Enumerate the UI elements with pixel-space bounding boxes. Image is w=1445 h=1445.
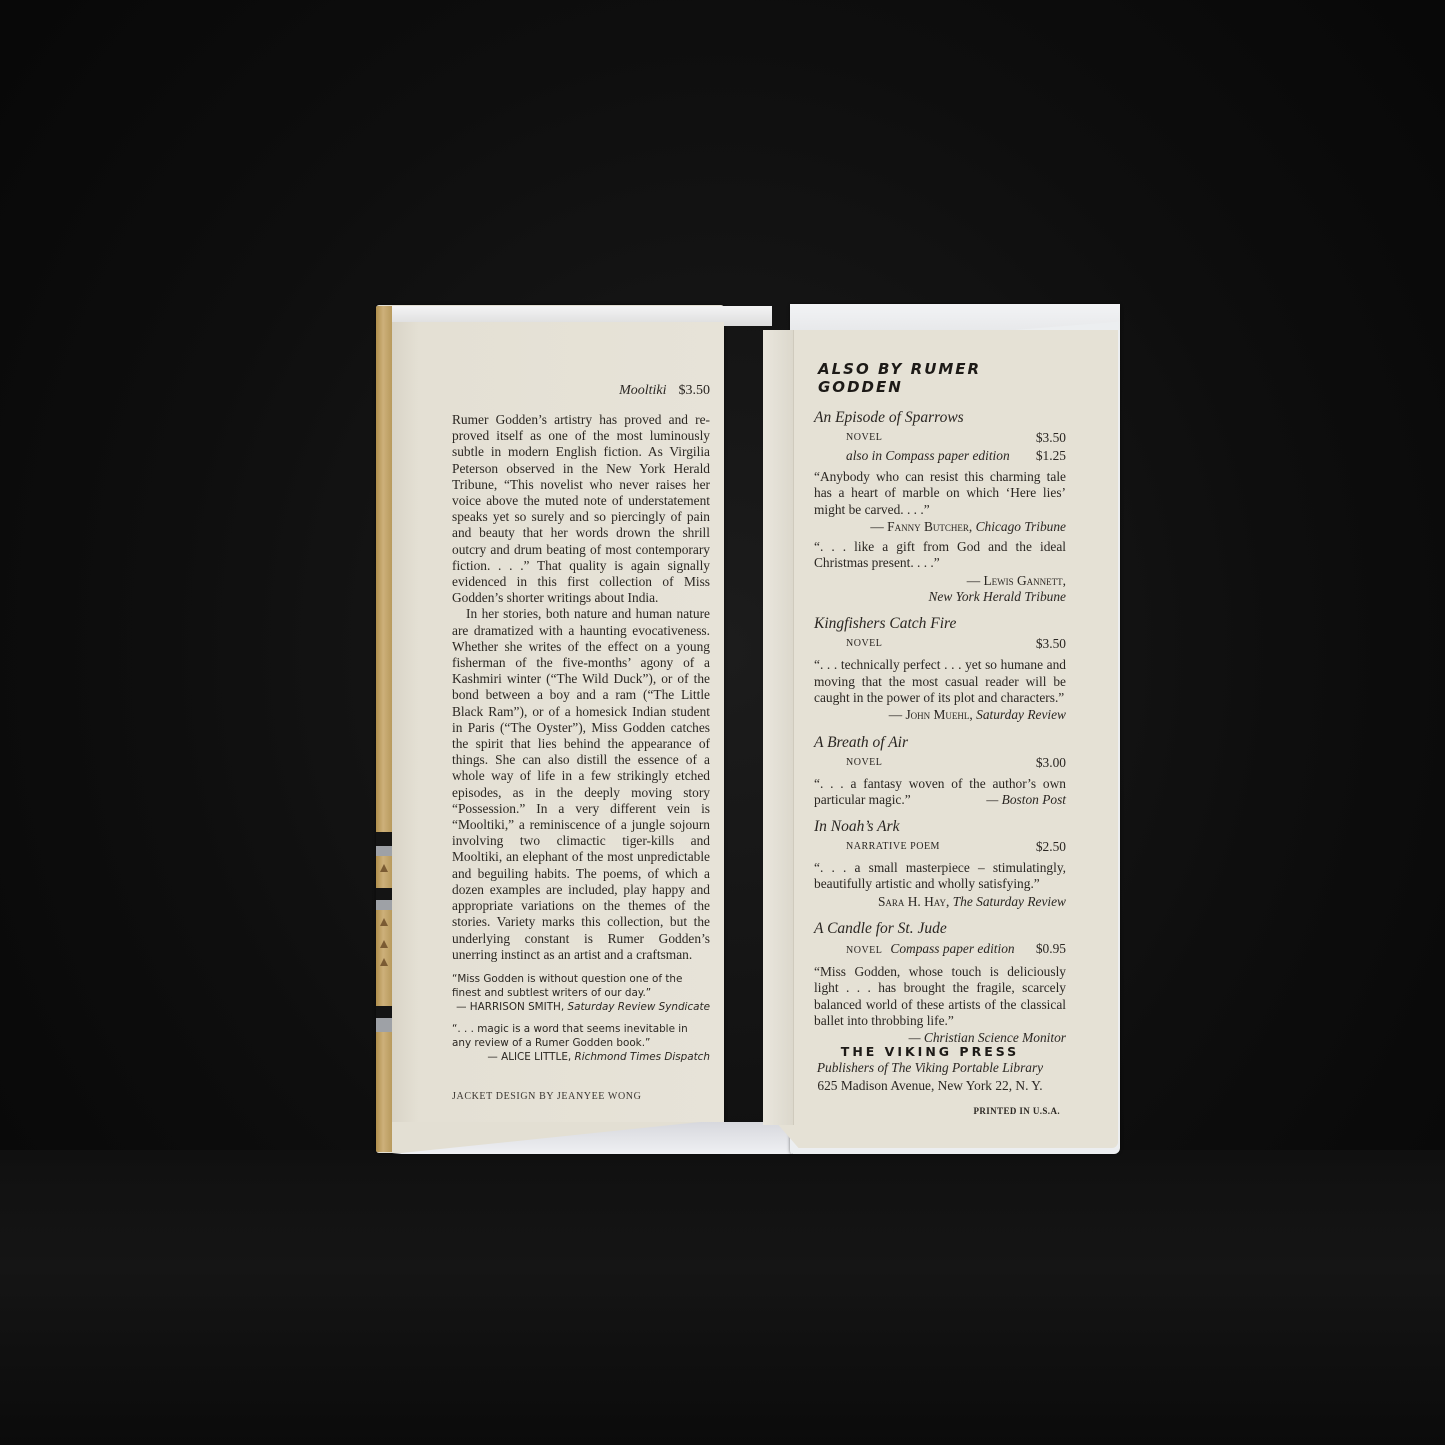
flap-blurb: Rumer Godden’s artistry has proved and r… xyxy=(452,412,710,963)
edition-row: NovelCompass paper edition $0.95 xyxy=(814,940,1066,960)
book-title: In Noah’s Ark xyxy=(814,817,1066,837)
spine-edge xyxy=(376,306,392,1152)
spine-band xyxy=(376,832,392,846)
book-title: A Breath of Air xyxy=(814,733,1066,753)
edition-kind: also in Compass paper edition xyxy=(846,447,1010,465)
edition-row: Narrative poem $2.50 xyxy=(814,838,1066,856)
also-by-list: ALSO BY RUMER GODDEN An Episode of Sparr… xyxy=(814,360,1066,1056)
review-text: “Anybody who can resist this charming ta… xyxy=(814,469,1066,518)
review-author: — Lewis Gannett, xyxy=(967,573,1066,588)
book-entry: An Episode of Sparrows Novel $3.50 also … xyxy=(814,408,1066,605)
edition-price: $1.25 xyxy=(1036,447,1066,465)
quote-attribution: — HARRISON SMITH, Saturday Review Syndic… xyxy=(452,1000,710,1014)
edition-price: $3.50 xyxy=(1036,429,1066,447)
quote-author: — HARRISON SMITH, xyxy=(456,1001,564,1013)
spine-band xyxy=(376,1006,392,1018)
edition-kind: Novel xyxy=(846,754,882,772)
review-text: “Miss Godden, whose touch is deliciously… xyxy=(814,964,1066,1029)
review-author: — Fanny Butcher, xyxy=(870,519,972,534)
review-source: Chicago Tribune xyxy=(976,519,1066,534)
edition-price: $3.50 xyxy=(1036,635,1066,653)
blurb-paragraph: Rumer Godden’s artistry has proved and r… xyxy=(452,412,710,606)
book-title: Mooltiki xyxy=(619,383,666,398)
quote-author: — ALICE LITTLE, xyxy=(487,1051,571,1063)
review-text: “. . . like a gift from God and the idea… xyxy=(814,539,1066,572)
edition-price: $2.50 xyxy=(1036,838,1066,856)
spine-band xyxy=(376,888,392,900)
quote-attribution: — ALICE LITTLE, Richmond Times Dispatch xyxy=(452,1050,710,1064)
spine-band xyxy=(376,900,392,910)
quote-text: “. . . magic is a word that seems inevit… xyxy=(452,1022,710,1050)
spine-ornament-icon xyxy=(380,864,388,872)
jacket-design-credit: Jacket design by Jeanyee Wong xyxy=(452,1091,641,1102)
book-entry: A Breath of Air Novel $3.00 “. . . a fan… xyxy=(814,733,1066,809)
review-author: Sara H. Hay, xyxy=(878,894,949,909)
edition-kind: Novel xyxy=(846,635,882,653)
book-entry: Kingfishers Catch Fire Novel $3.50 “. . … xyxy=(814,614,1066,723)
edition-kind: NovelCompass paper edition xyxy=(846,940,1015,960)
quote-text: “Miss Godden is without question one of … xyxy=(452,972,710,1000)
review-attribution: — Fanny Butcher, Chicago Tribune xyxy=(814,519,1066,535)
spine-band xyxy=(376,1018,392,1032)
book-entry: A Candle for St. Jude NovelCompass paper… xyxy=(814,919,1066,1046)
also-by-heading: ALSO BY RUMER GODDEN xyxy=(818,360,1066,396)
edition-row: Novel $3.00 xyxy=(814,754,1066,772)
review-attribution: — John Muehl, Saturday Review xyxy=(814,707,1066,723)
edition-kind-italic: Compass paper edition xyxy=(890,941,1014,956)
review-source: The Saturday Review xyxy=(953,894,1066,909)
publisher-block: THE VIKING PRESS Publishers of The Vikin… xyxy=(792,1044,1068,1095)
review-source: — Christian Science Monitor xyxy=(909,1030,1066,1045)
review-attribution: — Lewis Gannett,New York Herald Tribune xyxy=(814,573,1066,606)
book-price: $3.50 xyxy=(679,383,711,398)
review-quotes: “Miss Godden is without question one of … xyxy=(452,972,710,1072)
review-source: — Boston Post xyxy=(986,792,1066,808)
edition-kind: Novel xyxy=(846,429,882,447)
blurb-paragraph: In her stories, both nature and human na… xyxy=(452,606,710,962)
spine-ornament-icon xyxy=(380,940,388,948)
book-title: A Candle for St. Jude xyxy=(814,919,1066,939)
spine-band xyxy=(376,846,392,856)
book-title: Kingfishers Catch Fire xyxy=(814,614,1066,634)
spine-ornament-icon xyxy=(380,958,388,966)
price-line: Mooltiki$3.50 xyxy=(452,383,710,399)
publisher-address: 625 Madison Avenue, New York 22, N. Y. xyxy=(792,1077,1068,1095)
edition-price: $0.95 xyxy=(1036,940,1066,960)
review-text: “. . . a fantasy woven of the author’s o… xyxy=(814,776,1066,809)
printed-in-label: PRINTED IN U.S.A. xyxy=(960,1106,1060,1116)
publisher-tagline: Publishers of The Viking Portable Librar… xyxy=(792,1059,1068,1077)
edition-row: Novel $3.50 xyxy=(814,429,1066,447)
review-source: New York Herald Tribune xyxy=(928,589,1066,604)
background-surface xyxy=(0,1150,1445,1445)
edition-kind-label: Novel xyxy=(846,945,882,956)
review-source: Saturday Review xyxy=(976,707,1066,722)
quote-source: Saturday Review Syndicate xyxy=(567,1001,710,1013)
book-title: An Episode of Sparrows xyxy=(814,408,1066,428)
review-text: “. . . a small masterpiece – stimulating… xyxy=(814,860,1066,893)
edition-row: Novel $3.50 xyxy=(814,635,1066,653)
review-text: “. . . technically perfect . . . yet so … xyxy=(814,657,1066,706)
edition-row: also in Compass paper edition $1.25 xyxy=(814,447,1066,465)
spine-ornament-icon xyxy=(380,918,388,926)
edition-price: $3.00 xyxy=(1036,754,1066,772)
publisher-name: THE VIKING PRESS xyxy=(792,1044,1068,1059)
review-author: — John Muehl, xyxy=(889,707,973,722)
review-attribution: Sara H. Hay, The Saturday Review xyxy=(814,894,1066,910)
book-entry: In Noah’s Ark Narrative poem $2.50 “. . … xyxy=(814,817,1066,910)
right-flap-fold-strip xyxy=(763,330,794,1125)
edition-kind: Narrative poem xyxy=(846,838,940,856)
quote-source: Richmond Times Dispatch xyxy=(575,1051,710,1063)
